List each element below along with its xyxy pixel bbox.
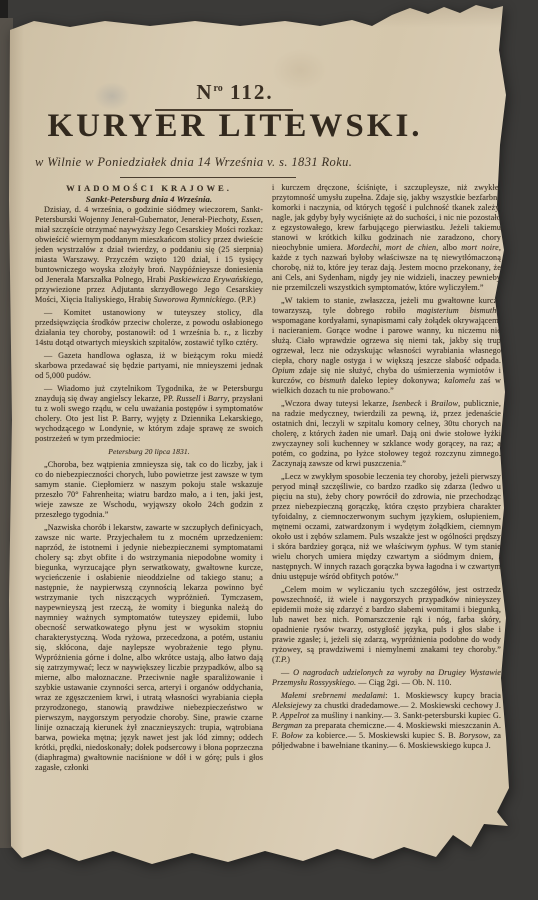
right-column-text: i kurczem dręczone, ściśnięte, i szczupl… [272, 183, 501, 751]
paragraph: „W takiem to stanie, zwłaszcza, jeżeli m… [272, 296, 501, 396]
left-column-text: Dzisiay, d. 4 września, o godzinie siódm… [35, 205, 263, 773]
paragraph: — Wiadomo już czytelnikom Tygodnika, że … [35, 384, 263, 444]
column-left: WIADOMOŚCI KRAJOWE. Sankt-Petersburg dni… [35, 183, 263, 819]
scan-background: Nro 112. KURYER LITEWSKI. w Wilnie w Pon… [0, 0, 538, 900]
paragraph: — O nagrodach udzielonych za wyroby na D… [272, 668, 501, 688]
paragraph: „Choroba, bez wątpienia zmnieysza się, t… [35, 460, 263, 520]
paper-sheet: Nro 112. KURYER LITEWSKI. w Wilnie w Pon… [0, 0, 538, 900]
paragraph: „Nazwiska chorób i lekarstw, zawarte w s… [35, 523, 263, 773]
paragraph: „Lecz w zwykłym sposobie leczenia tey ch… [272, 472, 501, 582]
section-heading: WIADOMOŚCI KRAJOWE. [35, 183, 263, 193]
paragraph: — Komitet ustanowiony w tuteyszey stolic… [35, 308, 263, 348]
newspaper-title: KURYER LITEWSKI. [28, 108, 442, 145]
paragraph: i kurczem dręczone, ściśnięte, i szczupl… [272, 183, 501, 293]
rule-under-dateline [120, 177, 296, 178]
paragraph: — Gazeta handlowa ogłasza, iż w bieżącym… [35, 351, 263, 381]
issue-value: 112. [223, 80, 274, 104]
paragraph: Małemi srebrnemi medalami: 1. Moskiewscy… [272, 691, 501, 751]
paragraph: „Wczora dway tuteysi lekarze, Isenbeck i… [272, 399, 501, 469]
dateline: w Wilnie w Poniedziałek dnia 14 Września… [35, 155, 415, 170]
paragraph: „Celem moim w wyliczaniu tych szczegółów… [272, 585, 501, 665]
issue-superscript: ro [214, 83, 223, 94]
column-right: i kurczem dręczone, ściśnięte, i szczupl… [272, 183, 501, 803]
section-subheading: Sankt-Petersburg dnia 4 Września. [35, 194, 263, 204]
paragraph: Petersburg 20 lipca 1831. [35, 447, 263, 457]
newspaper-page: Nro 112. KURYER LITEWSKI. w Wilnie w Pon… [0, 0, 538, 900]
issue-prefix: N [196, 80, 213, 104]
issue-number: Nro 112. [0, 80, 470, 105]
paragraph: Dzisiay, d. 4 września, o godzinie siódm… [35, 205, 263, 305]
